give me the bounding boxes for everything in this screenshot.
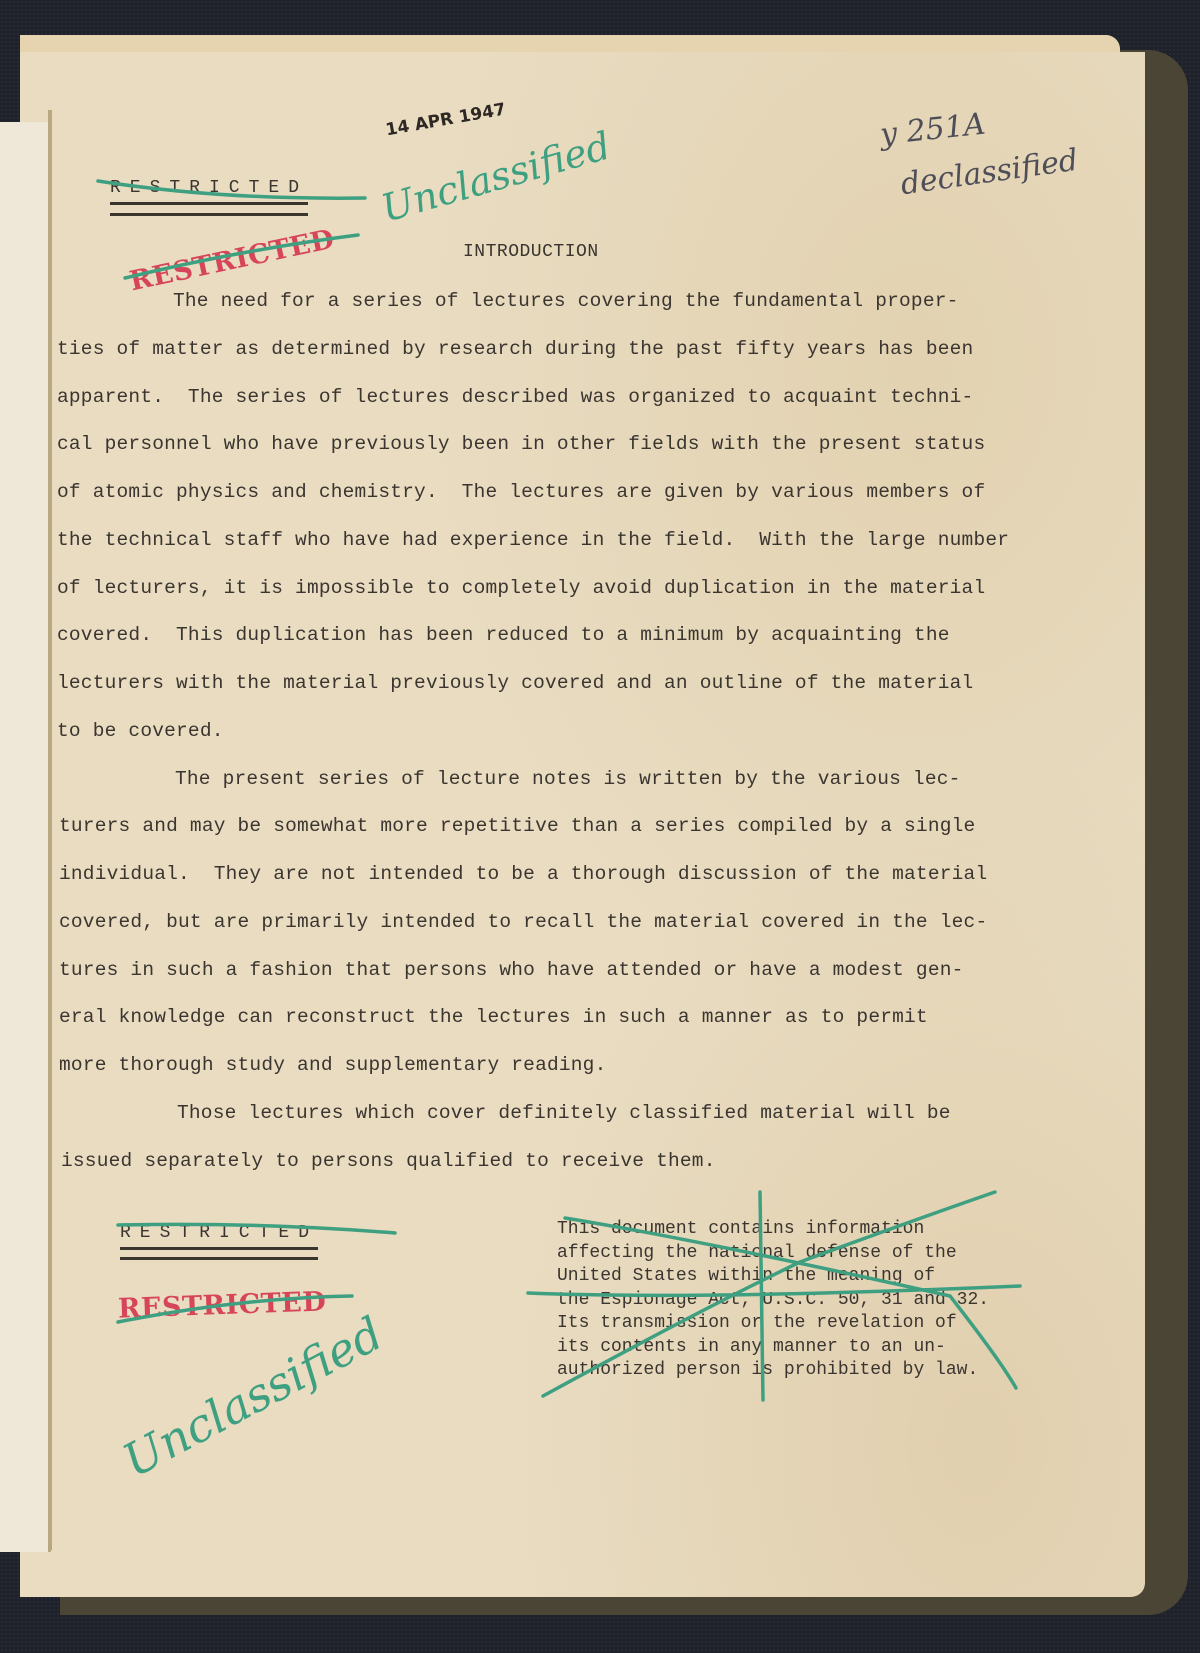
underline xyxy=(110,213,308,216)
typed-restricted-marking-top: RESTRICTED xyxy=(110,178,308,198)
notice-line: its contents in any manner to an un- xyxy=(557,1336,989,1360)
body-line: ties of matter as determined by research… xyxy=(57,338,973,360)
body-line: Those lectures which cover definitely cl… xyxy=(177,1102,951,1124)
notice-line: authorized person is prohibited by law. xyxy=(557,1359,989,1383)
body-line: covered, but are primarily intended to r… xyxy=(59,911,987,933)
body-line: more thorough study and supplementary re… xyxy=(59,1054,607,1076)
typed-restricted-text: RESTRICTED xyxy=(120,1223,318,1243)
notice-line: Its transmission or the revelation of xyxy=(557,1312,989,1336)
notice-line: affecting the national defense of the xyxy=(557,1242,989,1266)
underline xyxy=(120,1247,318,1250)
notice-line: This document contains information xyxy=(557,1218,989,1242)
typed-restricted-text: RESTRICTED xyxy=(110,178,308,198)
body-line: of atomic physics and chemistry. The lec… xyxy=(57,481,985,503)
page-gutter xyxy=(48,110,52,1550)
body-line: lecturers with the material previously c… xyxy=(57,672,973,694)
security-notice: This document contains informationaffect… xyxy=(557,1218,989,1383)
body-line: apparent. The series of lectures describ… xyxy=(57,386,973,408)
body-line: to be covered. xyxy=(57,720,224,742)
body-line: of lecturers, it is impossible to comple… xyxy=(57,577,985,599)
page-title: INTRODUCTION xyxy=(463,242,599,262)
notice-line: United States within the meaning of xyxy=(557,1265,989,1289)
body-line: covered. This duplication has been reduc… xyxy=(57,624,950,646)
body-line: tures in such a fashion that persons who… xyxy=(59,959,964,981)
underline xyxy=(120,1257,318,1260)
body-line: eral knowledge can reconstruct the lectu… xyxy=(59,1006,928,1028)
typed-restricted-marking-bottom: RESTRICTED xyxy=(120,1223,318,1243)
body-line: issued separately to persons qualified t… xyxy=(61,1150,716,1172)
notice-line: the Espionage Act, U.S.C. 50, 31 and 32. xyxy=(557,1289,989,1313)
facing-page-edge xyxy=(0,122,51,1552)
body-line: The need for a series of lectures coveri… xyxy=(173,290,959,312)
body-line: The present series of lecture notes is w… xyxy=(175,768,961,790)
underline xyxy=(110,202,308,205)
body-line: the technical staff who have had experie… xyxy=(57,529,1009,551)
body-line: individual. They are not intended to be … xyxy=(59,863,987,885)
body-line: turers and may be somewhat more repetiti… xyxy=(59,815,975,837)
body-line: cal personnel who have previously been i… xyxy=(57,433,985,455)
